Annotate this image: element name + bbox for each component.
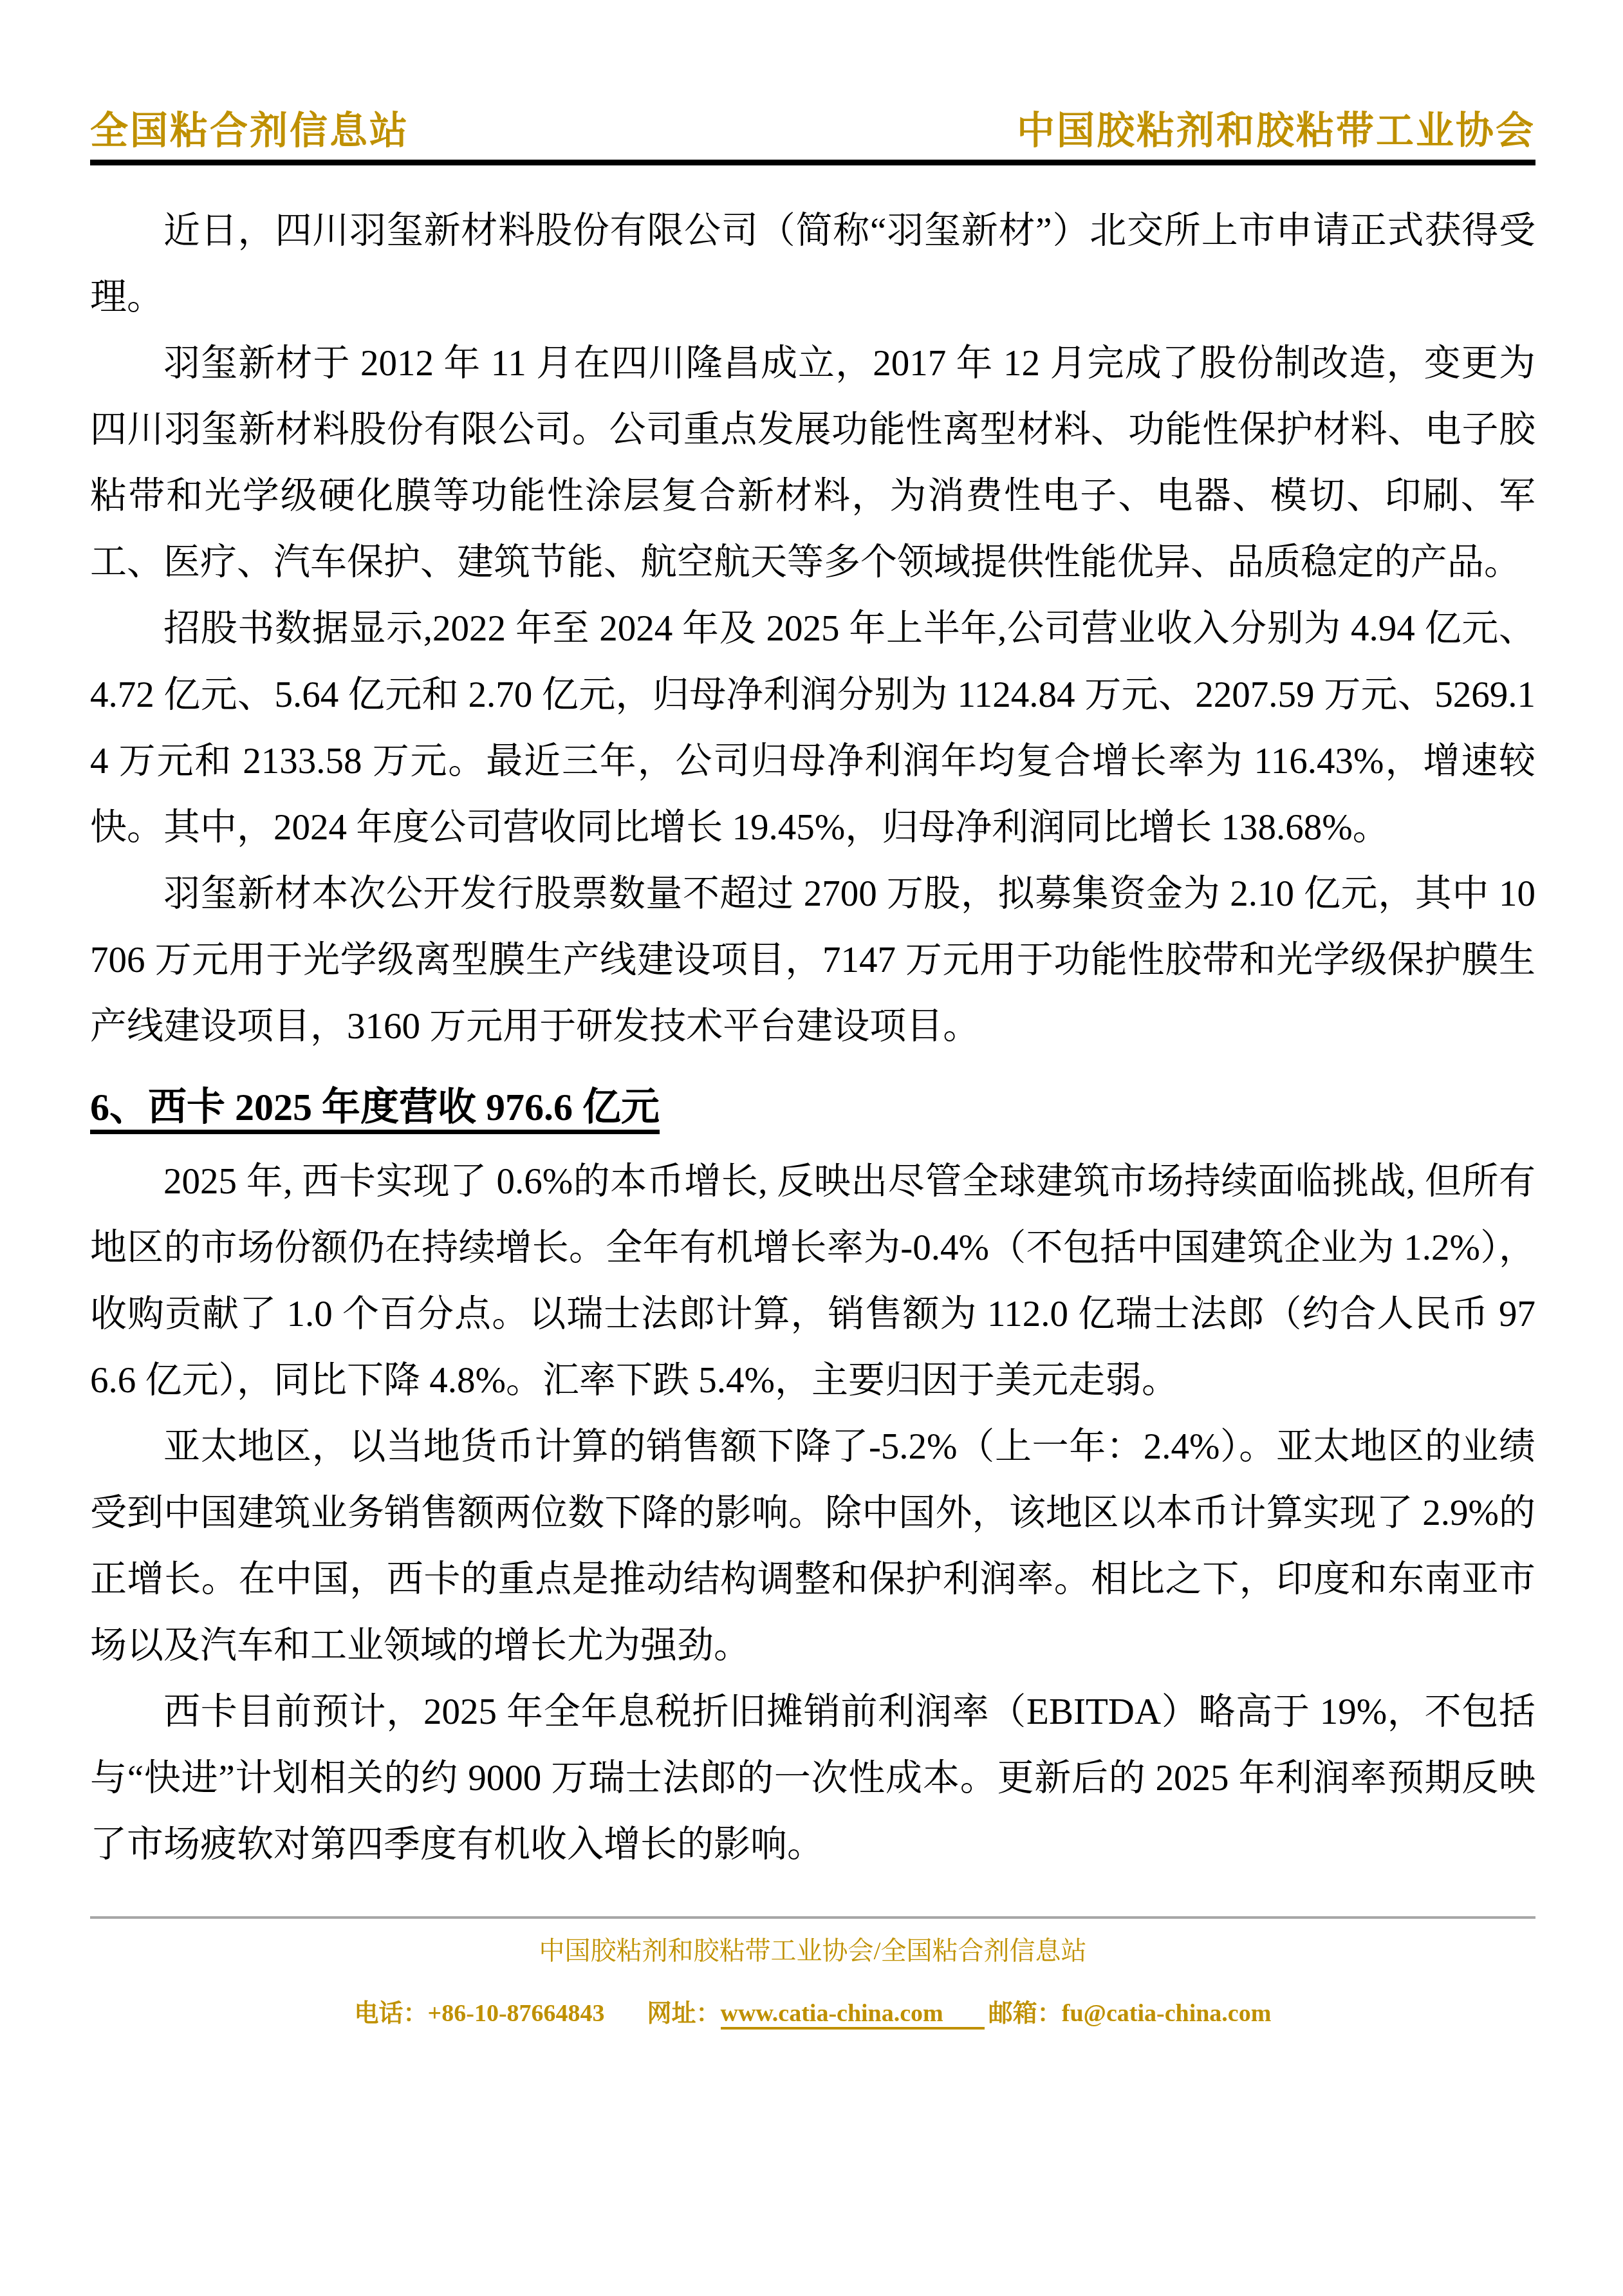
header-divider	[90, 160, 1535, 165]
section-heading-sika: 6、西卡 2025 年度营收 976.6 亿元	[90, 1076, 1535, 1138]
page-header: 全国粘合剂信息站 中国胶粘剂和胶粘带工业协会	[90, 107, 1535, 154]
header-site-name: 全国粘合剂信息站	[90, 107, 409, 154]
section-heading-text: 6、西卡 2025 年度营收 976.6 亿元	[90, 1086, 660, 1134]
footer-divider	[90, 1916, 1535, 1919]
document-page: 全国粘合剂信息站 中国胶粘剂和胶粘带工业协会 近日，四川羽玺新材料股份有限公司（…	[0, 0, 1623, 2296]
paragraph-yuxi-financials: 招股书数据显示,2022 年至 2024 年及 2025 年上半年,公司营业收入…	[90, 595, 1535, 861]
footer-contact-line: 电话：+86-10-87664843网址：www.catia-china.com…	[90, 1997, 1535, 2030]
paragraph-yuxi-history: 羽玺新材于 2012 年 11 月在四川隆昌成立，2017 年 12 月完成了股…	[90, 330, 1535, 595]
paragraph-yuxi-ipo-plan: 羽玺新材本次公开发行股票数量不超过 2700 万股，拟募集资金为 2.10 亿元…	[90, 861, 1535, 1059]
header-org-name: 中国胶粘剂和胶粘带工业协会	[1017, 107, 1535, 154]
phone-label: 电话：	[355, 2000, 428, 2027]
website-label: 网址：	[647, 2000, 721, 2027]
website-link[interactable]: www.catia-china.com	[721, 2000, 985, 2030]
email-address: fu@catia-china.com	[1062, 2000, 1272, 2027]
footer-org-line: 中国胶粘剂和胶粘带工业协会/全国粘合剂信息站	[90, 1934, 1535, 1968]
paragraph-yuxi-intro: 近日，四川羽玺新材料股份有限公司（简称“羽玺新材”）北交所上市申请正式获得受理。	[90, 198, 1535, 330]
document-body: 近日，四川羽玺新材料股份有限公司（简称“羽玺新材”）北交所上市申请正式获得受理。…	[90, 198, 1535, 1878]
paragraph-sika-outlook: 西卡目前预计，2025 年全年息税折旧摊销前利润率（EBITDA）略高于 19%…	[90, 1679, 1535, 1878]
paragraph-sika-apac: 亚太地区，以当地货币计算的销售额下降了-5.2%（上一年：2.4%）。亚太地区的…	[90, 1414, 1535, 1679]
email-label: 邮箱：	[988, 2000, 1062, 2027]
phone-number: +86-10-87664843	[428, 2000, 605, 2027]
page-footer: 中国胶粘剂和胶粘带工业协会/全国粘合剂信息站 电话：+86-10-8766484…	[90, 1916, 1535, 2030]
paragraph-sika-growth: 2025 年, 西卡实现了 0.6%的本币增长, 反映出尽管全球建筑市场持续面临…	[90, 1148, 1535, 1414]
